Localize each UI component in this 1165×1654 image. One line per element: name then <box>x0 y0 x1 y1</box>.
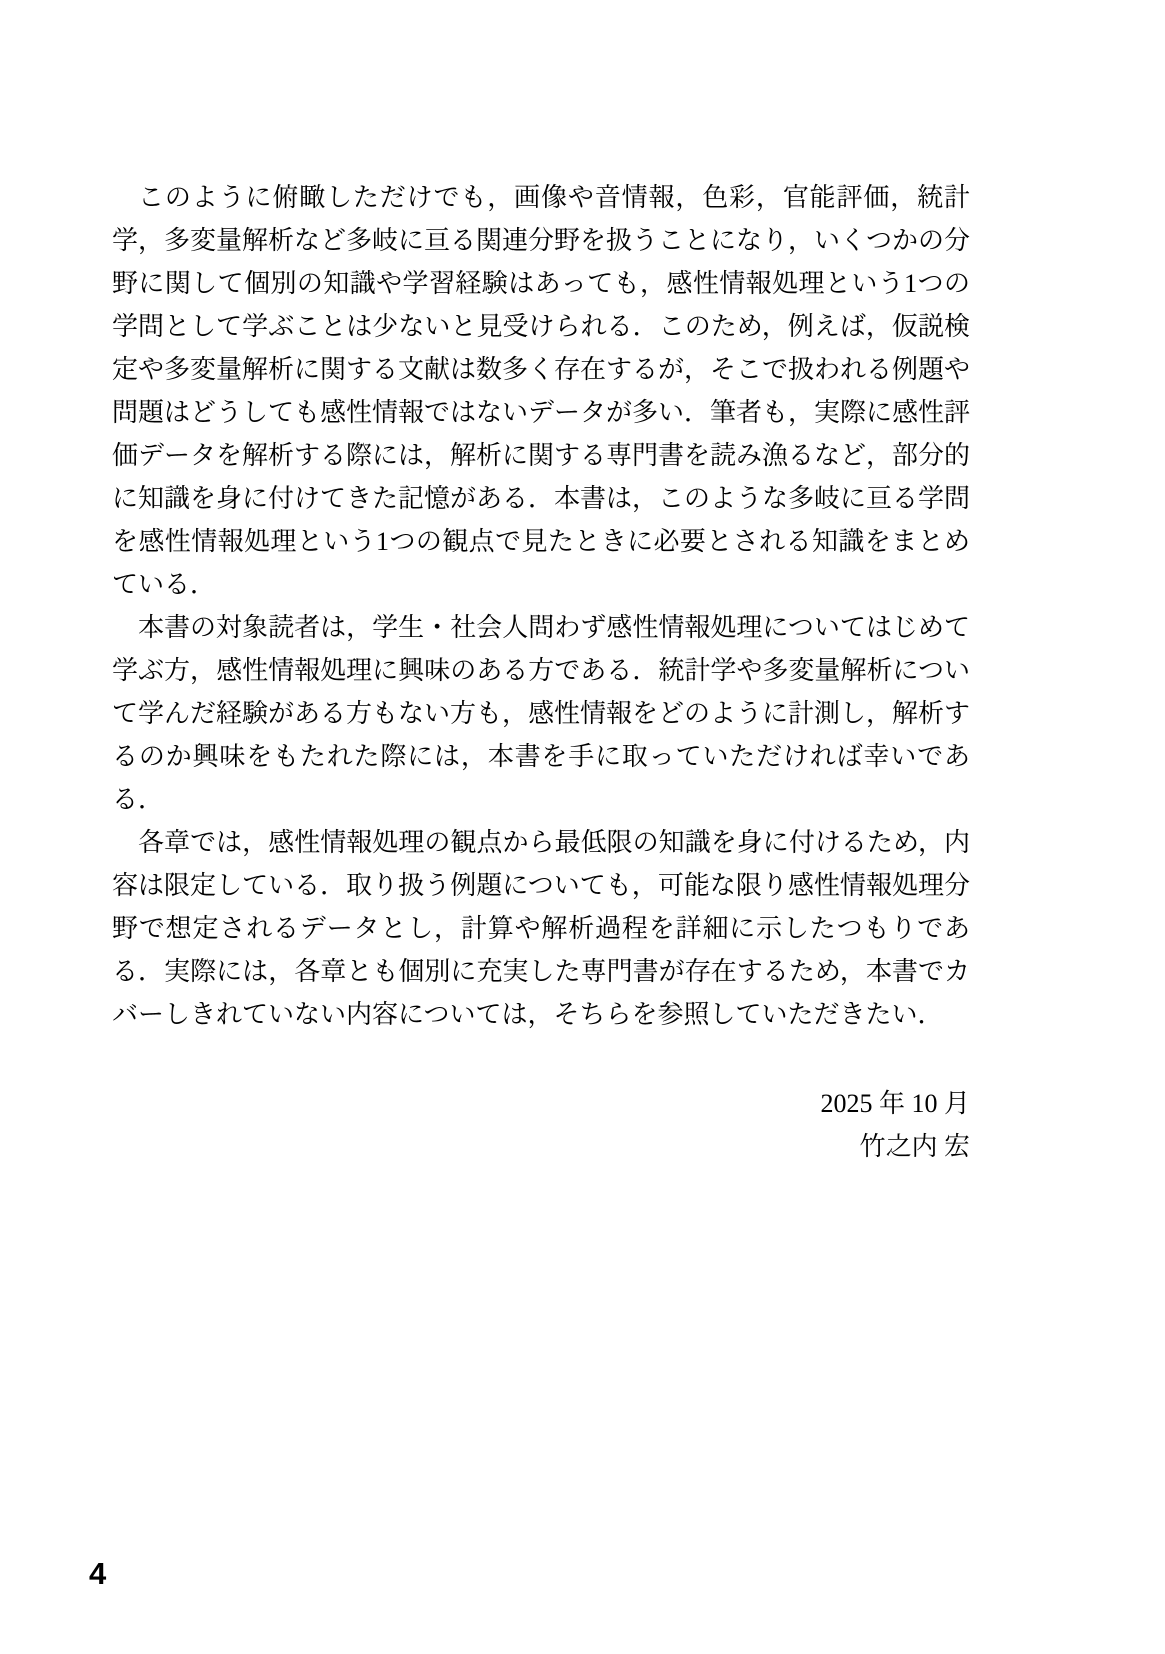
preface-body: このように俯瞰しただけでも，画像や音情報，色彩，官能評価，統計学，多変量解析など… <box>112 176 970 1168</box>
signature-block: 2025 年 10 月 竹之内 宏 <box>112 1082 970 1168</box>
preface-paragraph-3: 各章では，感性情報処理の観点から最低限の知識を身に付けるため，内容は限定している… <box>112 821 970 1036</box>
preface-author: 竹之内 宏 <box>112 1125 970 1168</box>
preface-paragraph-2: 本書の対象読者は，学生・社会人問わず感性情報処理についてはじめて学ぶ方，感性情報… <box>112 606 970 821</box>
preface-paragraph-1: このように俯瞰しただけでも，画像や音情報，色彩，官能評価，統計学，多変量解析など… <box>112 176 970 606</box>
page-number: 4 <box>89 1556 106 1592</box>
preface-date: 2025 年 10 月 <box>112 1082 970 1125</box>
